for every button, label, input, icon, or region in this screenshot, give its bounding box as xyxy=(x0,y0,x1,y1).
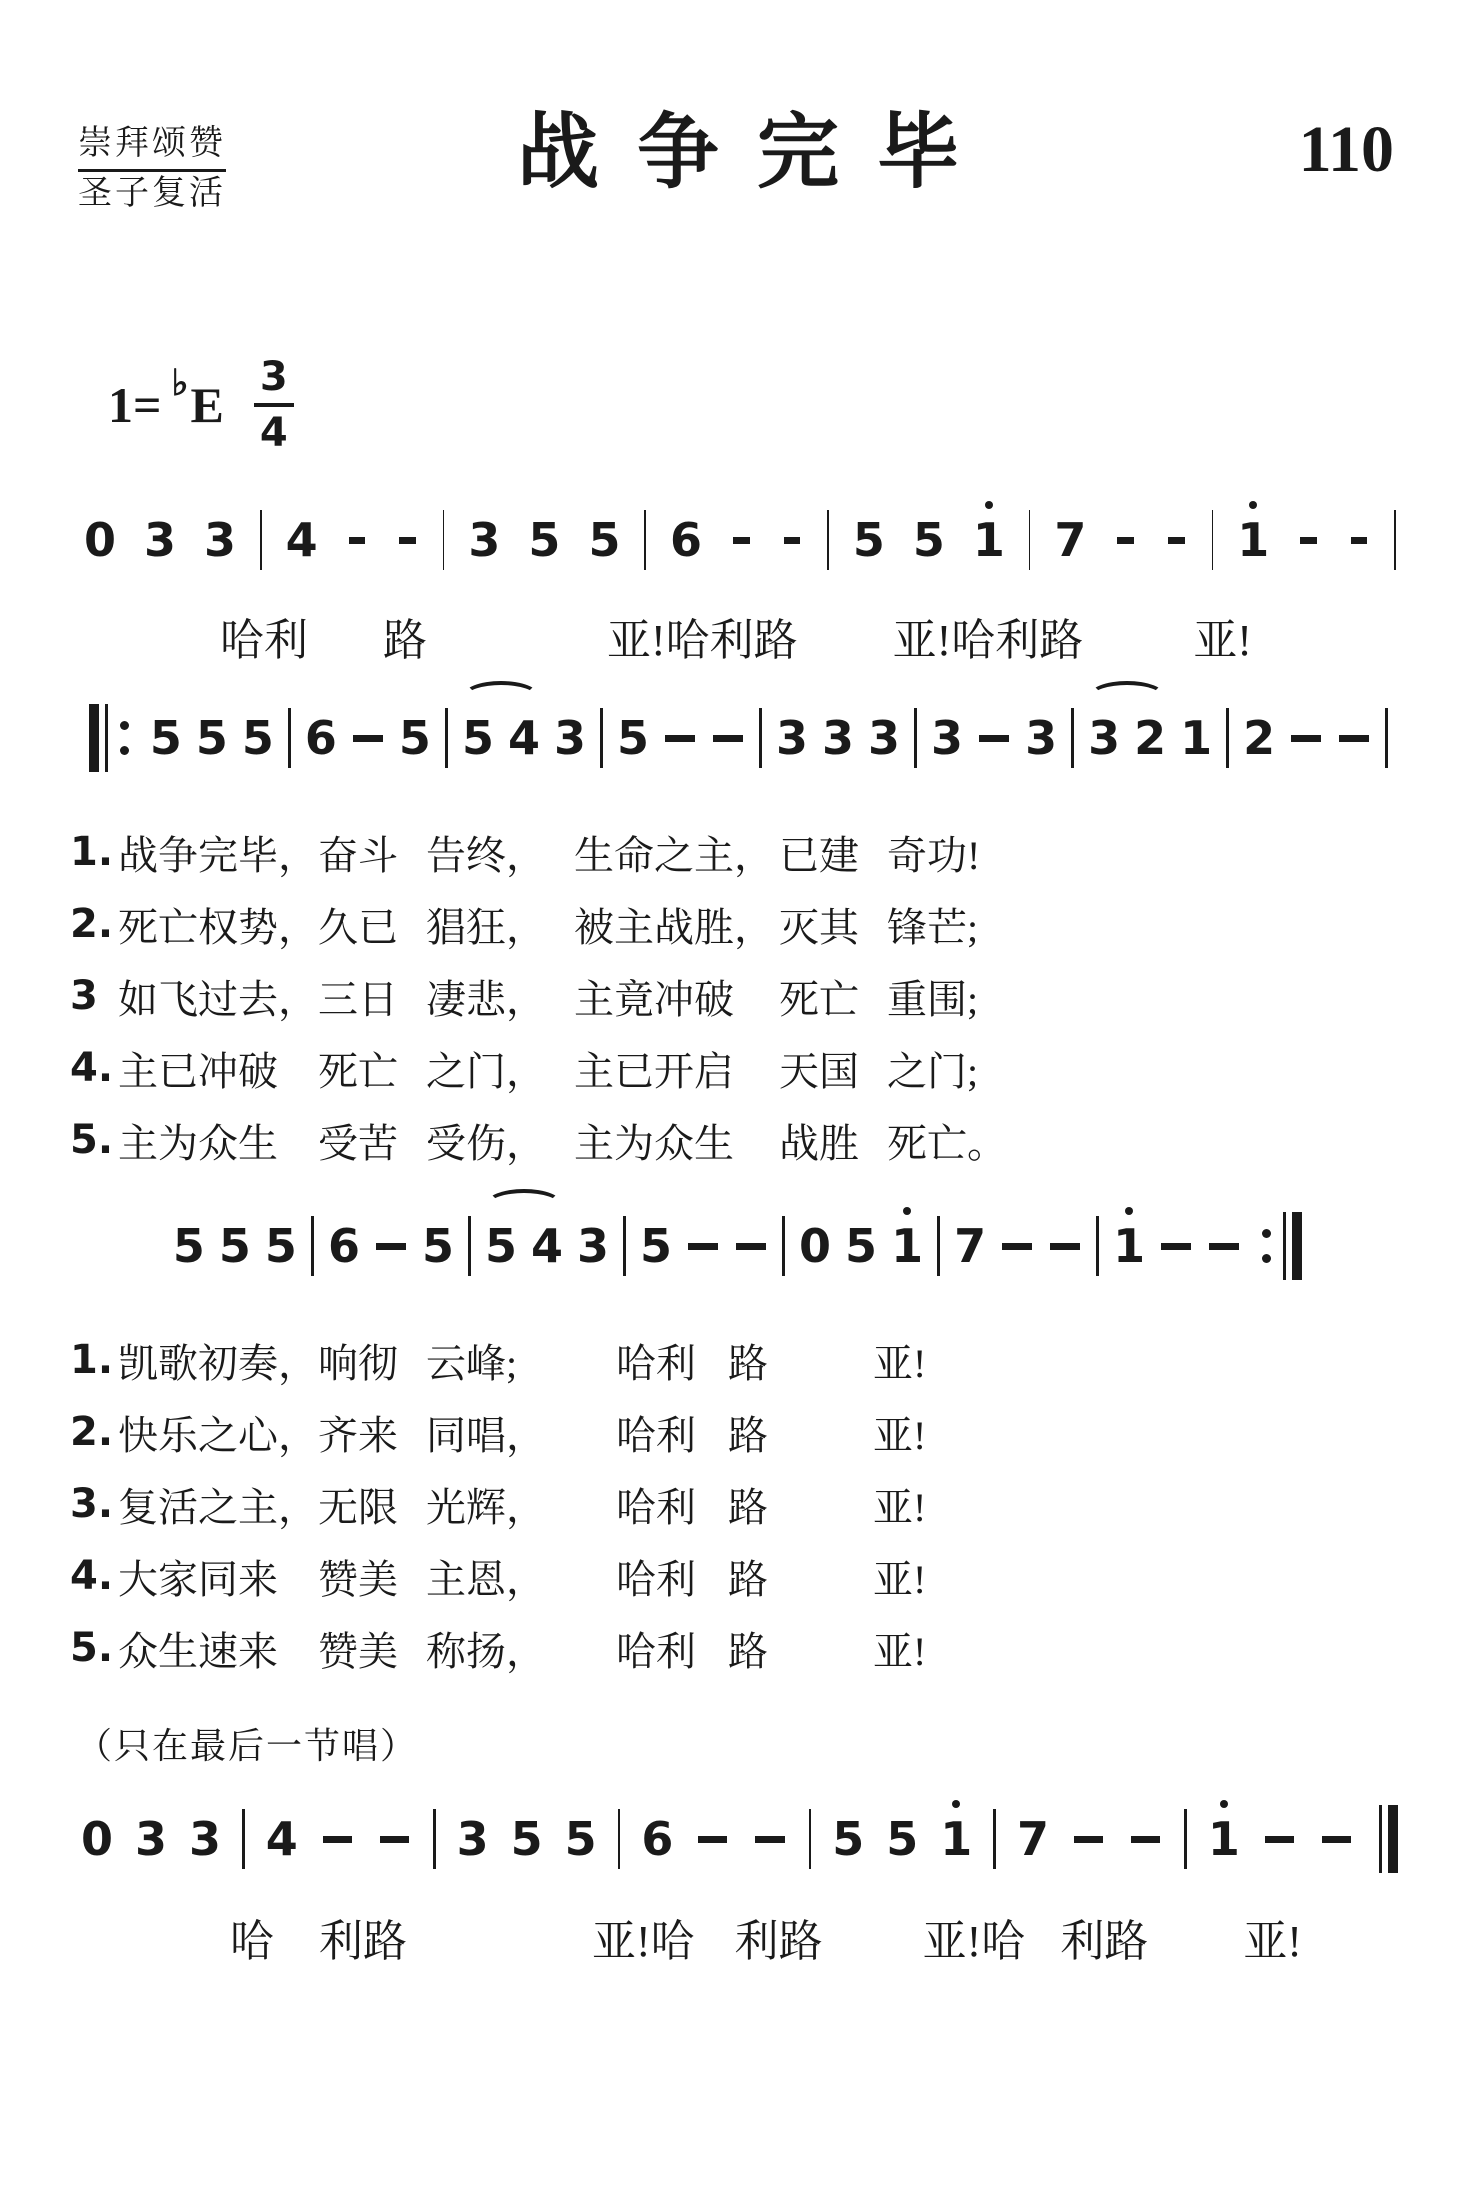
note-digit: 3 xyxy=(457,1816,489,1862)
note-digit: 5 xyxy=(617,715,649,761)
verse-text-segment: 三日 xyxy=(318,968,426,1025)
verse-text-segment: 响彻 xyxy=(318,1332,426,1389)
verse-text-segment: 锋芒; xyxy=(887,896,1406,953)
verse-text-segment: 云峰; xyxy=(426,1332,616,1389)
note-digit: 5 xyxy=(511,1816,543,1862)
dash-extension xyxy=(713,735,743,742)
lyric-segment: 路 xyxy=(383,604,427,668)
lyric-segment: 利路 xyxy=(319,1905,407,1969)
verse-text-segment: 复活之主， xyxy=(118,1476,318,1533)
barline xyxy=(914,708,917,768)
slur-arc xyxy=(486,1189,562,1219)
lyric-segment: 哈 xyxy=(230,1905,274,1969)
verse-block-1: 1.战争完毕，奋斗告终，生命之主，已建奇功!2.死亡权势，久已猖狂，被主战胜，灭… xyxy=(70,816,1406,1176)
note-digit: 5 xyxy=(219,1223,251,1269)
verse-number: 4. xyxy=(70,1553,118,1599)
repeat-dots xyxy=(120,721,129,755)
barline xyxy=(600,708,603,768)
verse-text-segment: 光辉， xyxy=(426,1476,616,1533)
note-digit: 5 xyxy=(845,1223,877,1269)
verse-text-segment: 无限 xyxy=(318,1476,426,1533)
note-digit: 3 xyxy=(204,517,236,563)
note-digit: 3 xyxy=(1025,715,1057,761)
verse-text-segment: 久已 xyxy=(318,896,426,953)
note-digit: 5 xyxy=(886,1816,918,1862)
verse-number: 2. xyxy=(70,1409,118,1455)
verse-text-segment: 之门; xyxy=(887,1040,1406,1097)
verse-text-segment: 哈利 xyxy=(616,1332,728,1389)
repeat-close-sign xyxy=(1256,1212,1302,1280)
verse-text-segment: 哈利 xyxy=(616,1548,728,1605)
verse-text-segment: 路 xyxy=(728,1476,873,1533)
note-digit: 6 xyxy=(670,517,702,563)
slur-arc xyxy=(1089,681,1165,711)
barline xyxy=(618,1809,621,1869)
key-signature: 1= ♭ E 3 4 xyxy=(108,354,1406,456)
dash-extension xyxy=(323,1836,352,1843)
thin-barline xyxy=(105,704,108,772)
verse-text-segment: 被主战胜， xyxy=(574,896,779,953)
hymn-title: 战争完毕 xyxy=(70,112,1406,194)
notation-line-2: 555655435333333212 xyxy=(70,688,1406,788)
note-digit: 5 xyxy=(173,1223,205,1269)
note-digit: 3 xyxy=(776,715,808,761)
dash-extension xyxy=(1131,1836,1160,1843)
verse-text-segment: 主恩， xyxy=(426,1548,616,1605)
verse-number: 4. xyxy=(70,1045,118,1091)
verse-text-segment: 主竟冲破 xyxy=(574,968,779,1025)
category-label: 崇拜颂赞 圣子复活 xyxy=(78,122,226,217)
verse-block-2: 1.凯歌初奏，响彻云峰;哈利路亚!2.快乐之心，齐来同唱，哈利路亚!3.复活之主… xyxy=(70,1324,1406,1684)
verse-text-segment: 主为众生 xyxy=(574,1112,779,1169)
verse-text-segment: 凄悲， xyxy=(426,968,574,1025)
verse-number: 5. xyxy=(70,1625,118,1671)
note-digit: 3 xyxy=(931,715,963,761)
barline xyxy=(311,1216,314,1276)
verse-text-segment: 赞美 xyxy=(318,1620,426,1677)
verse-text-segment: 齐来 xyxy=(318,1404,426,1461)
verse-text-segment: 大家同来 xyxy=(118,1548,318,1605)
verse-text-segment: 哈利 xyxy=(616,1404,728,1461)
barline xyxy=(242,1809,245,1869)
note-digit: 7 xyxy=(1054,517,1086,563)
barline xyxy=(993,1809,996,1869)
note-digit: 5 xyxy=(565,1816,597,1862)
note-digit-high-octave: 1 xyxy=(891,1223,923,1269)
hymn-number: 110 xyxy=(1299,112,1394,188)
verse-text-segment: 亚! xyxy=(873,1404,1406,1461)
verse-text-segment: 快乐之心， xyxy=(118,1404,318,1461)
hymn-sheet-page: 崇拜颂赞 圣子复活 战争完毕 110 1= ♭ E 3 4 0334355655… xyxy=(0,0,1476,2185)
verse-text-segment: 战争完毕， xyxy=(118,824,318,881)
verse-text-segment: 死亡权势， xyxy=(118,896,318,953)
barline xyxy=(782,1216,785,1276)
verse-text-segment: 凯歌初奏， xyxy=(118,1332,318,1389)
verse-text-segment: 路 xyxy=(728,1548,873,1605)
verse-text-segment: 奇功! xyxy=(887,824,1406,881)
dash-extension xyxy=(1168,537,1185,544)
note-digit-high-octave: 1 xyxy=(1208,1816,1240,1862)
note-digit: 5 xyxy=(422,1223,454,1269)
slur-arc xyxy=(463,681,539,711)
verse-text-segment: 死亡 xyxy=(779,968,887,1025)
performance-note: （只在最后一节唱） xyxy=(76,1718,1406,1769)
key-tonic: E xyxy=(190,376,223,434)
dash-extension xyxy=(1322,1836,1351,1843)
dash-extension xyxy=(784,537,801,544)
barline xyxy=(623,1216,626,1276)
verse-text-segment: 受伤， xyxy=(426,1112,574,1169)
note-digit: 2 xyxy=(1243,715,1275,761)
barline xyxy=(1212,510,1214,570)
meter-numerator: 3 xyxy=(260,354,288,400)
note-digit-high-octave: 1 xyxy=(1113,1223,1145,1269)
dash-extension xyxy=(1351,537,1368,544)
verse-text-segment: 之门， xyxy=(426,1040,574,1097)
verse-line: 5.主为众生受苦受伤，主为众生战胜死亡。 xyxy=(70,1104,1406,1176)
note-digit: 2 xyxy=(1134,715,1166,761)
verse-text-segment: 赞美 xyxy=(318,1548,426,1605)
note-digit: 3 xyxy=(822,715,854,761)
note-digit: 7 xyxy=(1017,1816,1049,1862)
note-digit: 3 xyxy=(135,1816,167,1862)
verse-text-segment: 猖狂， xyxy=(426,896,574,953)
note-digit: 5 xyxy=(150,715,182,761)
barline xyxy=(1184,1809,1187,1869)
barline xyxy=(809,1809,812,1869)
barline xyxy=(1385,708,1388,768)
note-digit: 5 xyxy=(913,517,945,563)
verse-text-segment: 亚! xyxy=(873,1548,1406,1605)
verse-text-segment: 亚! xyxy=(873,1332,1406,1389)
dash-extension xyxy=(353,735,383,742)
barline xyxy=(260,510,262,570)
barline xyxy=(433,1809,436,1869)
dash-extension xyxy=(1265,1836,1294,1843)
lyric-line-1: 哈利路亚!哈利路亚!哈利路亚! xyxy=(70,604,1406,668)
lyric-segment: 亚!哈利路 xyxy=(893,604,1084,668)
note-digit: 4 xyxy=(508,715,540,761)
page-header: 崇拜颂赞 圣子复活 战争完毕 110 xyxy=(70,0,1406,302)
dash-extension xyxy=(376,1243,406,1250)
verse-line: 3如飞过去，三日凄悲，主竟冲破死亡重围; xyxy=(70,960,1406,1032)
notation-line-3: 55565543505171 xyxy=(70,1196,1406,1296)
verse-text-segment: 哈利 xyxy=(616,1476,728,1533)
meter-denominator: 4 xyxy=(260,410,288,456)
verse-number: 5. xyxy=(70,1117,118,1163)
lyric-segment: 哈利 xyxy=(220,604,308,668)
note-digit: 4 xyxy=(266,1816,298,1862)
verse-text-segment: 同唱， xyxy=(426,1404,616,1461)
note-digit: 5 xyxy=(462,715,494,761)
thick-barline xyxy=(1292,1212,1302,1280)
barline xyxy=(468,1216,471,1276)
note-digit: 3 xyxy=(577,1223,609,1269)
verse-line: 1.战争完毕，奋斗告终，生命之主，已建奇功! xyxy=(70,816,1406,888)
dash-extension xyxy=(1209,1243,1239,1250)
barline xyxy=(1071,708,1074,768)
verse-text-segment: 路 xyxy=(728,1620,873,1677)
verse-number: 2. xyxy=(70,901,118,947)
note-digit: 0 xyxy=(84,517,116,563)
verse-text-segment: 路 xyxy=(728,1404,873,1461)
barline xyxy=(1096,1216,1099,1276)
flat-sign: ♭ xyxy=(172,362,189,404)
note-digit: 6 xyxy=(641,1816,673,1862)
dash-extension xyxy=(1117,537,1134,544)
verse-text-segment: 称扬， xyxy=(426,1620,616,1677)
dash-extension xyxy=(665,735,695,742)
lyric-segment: 亚! xyxy=(1243,1905,1302,1969)
note-digit: 4 xyxy=(531,1223,563,1269)
final-barline xyxy=(1373,1805,1398,1873)
dash-extension xyxy=(736,1243,766,1250)
dash-extension xyxy=(1161,1243,1191,1250)
barline xyxy=(1029,510,1031,570)
verse-text-segment: 生命之主， xyxy=(574,824,779,881)
note-digit: 0 xyxy=(81,1816,113,1862)
note-digit: 5 xyxy=(832,1816,864,1862)
lyric-line-final: 哈利路亚!哈利路亚!哈利路亚! xyxy=(70,1905,1406,1969)
note-digit: 3 xyxy=(868,715,900,761)
note-digit-high-octave: 1 xyxy=(1237,517,1269,563)
verse-text-segment: 重围; xyxy=(887,968,1406,1025)
lyric-segment: 亚! xyxy=(1193,604,1252,668)
note-digit: 5 xyxy=(196,715,228,761)
note-digit: 5 xyxy=(588,517,620,563)
note-digit: 5 xyxy=(242,715,274,761)
note-digit: 5 xyxy=(399,715,431,761)
note-digit: 3 xyxy=(189,1816,221,1862)
note-digit: 3 xyxy=(144,517,176,563)
verse-text-segment: 受苦 xyxy=(318,1112,426,1169)
note-digit: 6 xyxy=(328,1223,360,1269)
verse-line: 2.死亡权势，久已猖狂，被主战胜，灭其锋芒; xyxy=(70,888,1406,960)
note-digit: 5 xyxy=(640,1223,672,1269)
note-digit: 3 xyxy=(1088,715,1120,761)
dash-extension xyxy=(733,537,750,544)
verse-line: 5.众生速来赞美称扬，哈利路亚! xyxy=(70,1612,1406,1684)
verse-number: 1. xyxy=(70,829,118,875)
barline xyxy=(443,510,445,570)
dash-extension xyxy=(399,537,416,544)
thick-barline xyxy=(89,704,99,772)
verse-text-segment: 众生速来 xyxy=(118,1620,318,1677)
lyric-segment: 利路 xyxy=(1060,1905,1148,1969)
notation-line-4: 0334355655171 xyxy=(70,1789,1406,1889)
slur-group: 54 xyxy=(455,715,547,761)
dash-extension xyxy=(349,537,366,544)
category-line-2: 圣子复活 xyxy=(78,172,226,217)
barline xyxy=(644,510,646,570)
lyric-segment: 利路 xyxy=(735,1905,823,1969)
verse-text-segment: 死亡。 xyxy=(887,1112,1406,1169)
verse-line: 4.大家同来赞美主恩，哈利路亚! xyxy=(70,1540,1406,1612)
verse-text-segment: 天国 xyxy=(779,1040,887,1097)
dash-extension xyxy=(979,735,1009,742)
dash-extension xyxy=(698,1836,727,1843)
verse-text-segment: 告终， xyxy=(426,824,574,881)
lyric-segment: 亚!哈 xyxy=(923,1905,1026,1969)
barline xyxy=(827,510,829,570)
thin-barline xyxy=(1283,1212,1286,1280)
verse-line: 1.凯歌初奏，响彻云峰;哈利路亚! xyxy=(70,1324,1406,1396)
dash-extension xyxy=(688,1243,718,1250)
barline xyxy=(759,708,762,768)
verse-text-segment: 主已开启 xyxy=(574,1040,779,1097)
verse-text-segment: 已建 xyxy=(779,824,887,881)
verse-text-segment: 战胜 xyxy=(779,1112,887,1169)
note-digit: 0 xyxy=(799,1223,831,1269)
dash-extension xyxy=(755,1836,784,1843)
note-digit: 7 xyxy=(954,1223,986,1269)
dash-extension xyxy=(1002,1243,1032,1250)
lyric-segment: 亚!哈 xyxy=(592,1905,695,1969)
note-digit: 5 xyxy=(528,517,560,563)
note-digit: 1 xyxy=(1180,715,1212,761)
note-digit: 6 xyxy=(305,715,337,761)
repeat-dots xyxy=(1262,1229,1271,1263)
verse-text-segment: 亚! xyxy=(873,1476,1406,1533)
category-line-1: 崇拜颂赞 xyxy=(78,122,226,172)
note-digit: 3 xyxy=(468,517,500,563)
verse-number: 1. xyxy=(70,1337,118,1383)
note-digit: 5 xyxy=(853,517,885,563)
dash-extension xyxy=(1300,537,1317,544)
note-digit: 3 xyxy=(554,715,586,761)
verse-text-segment: 亚! xyxy=(873,1620,1406,1677)
notation-line-1: 0334355655171 xyxy=(70,490,1406,590)
verse-text-segment: 灭其 xyxy=(779,896,887,953)
note-digit-high-octave: 1 xyxy=(973,517,1005,563)
barline xyxy=(1394,510,1396,570)
barline xyxy=(288,708,291,768)
note-digit: 5 xyxy=(265,1223,297,1269)
verse-number: 3 xyxy=(70,973,118,1019)
dash-extension xyxy=(1074,1836,1103,1843)
verse-text-segment: 主已冲破 xyxy=(118,1040,318,1097)
key-prefix: 1= xyxy=(108,376,162,434)
fraction-bar xyxy=(254,403,294,407)
verse-line: 2.快乐之心，齐来同唱，哈利路亚! xyxy=(70,1396,1406,1468)
verse-text-segment: 哈利 xyxy=(616,1620,728,1677)
thick-barline xyxy=(1388,1805,1398,1873)
verse-text-segment: 死亡 xyxy=(318,1040,426,1097)
barline xyxy=(937,1216,940,1276)
verse-line: 3.复活之主，无限光辉，哈利路亚! xyxy=(70,1468,1406,1540)
barline xyxy=(445,708,448,768)
note-digit-high-octave: 1 xyxy=(940,1816,972,1862)
barline xyxy=(1226,708,1229,768)
dash-extension xyxy=(380,1836,409,1843)
dash-extension xyxy=(1339,735,1369,742)
repeat-open-sign xyxy=(89,704,135,772)
dash-extension xyxy=(1050,1243,1080,1250)
lyric-segment: 亚!哈利路 xyxy=(607,604,798,668)
time-signature: 3 4 xyxy=(254,354,294,456)
thin-barline xyxy=(1379,1805,1382,1873)
verse-text-segment: 路 xyxy=(728,1332,873,1389)
verse-text-segment: 主为众生 xyxy=(118,1112,318,1169)
verse-line: 4.主已冲破死亡之门，主已开启天国之门; xyxy=(70,1032,1406,1104)
dash-extension xyxy=(1291,735,1321,742)
verse-text-segment: 如飞过去， xyxy=(118,968,318,1025)
note-digit: 5 xyxy=(485,1223,517,1269)
note-digit: 4 xyxy=(286,517,318,563)
slur-group: 54 xyxy=(478,1223,570,1269)
verse-text-segment: 奋斗 xyxy=(318,824,426,881)
verse-number: 3. xyxy=(70,1481,118,1527)
slur-group: 32 xyxy=(1081,715,1173,761)
